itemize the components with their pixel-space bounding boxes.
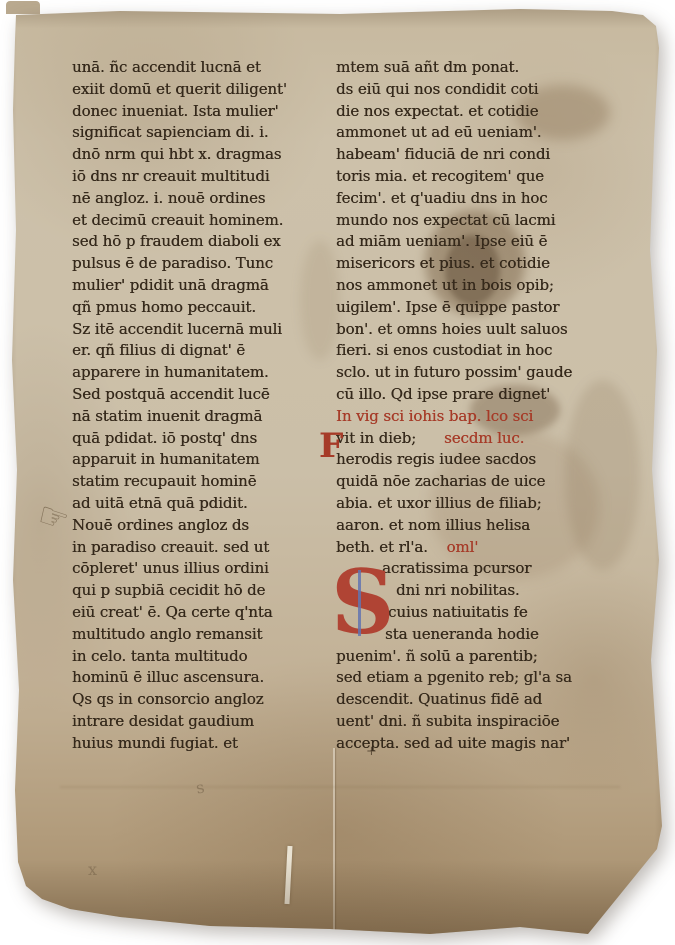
body-text: eiū creat' ē. Qa certe q'nta xyxy=(72,603,273,621)
body-text: ds eiū qui nos condidit coti xyxy=(336,80,538,98)
body-text: cōpleret' unus illius ordini xyxy=(72,559,269,577)
text-line: multitudo anglo remansit xyxy=(72,624,328,646)
text-line: huius mundi fugiat. et xyxy=(72,733,328,755)
body-text: herodis regis iudee sacdos xyxy=(336,450,536,468)
text-line: ds eiū qui nos condidit coti xyxy=(336,79,602,101)
body-text: significat sapienciam di. i. xyxy=(72,123,268,141)
text-line: cōpleret' unus illius ordini xyxy=(72,558,328,580)
text-line: bon'. et omns hoies uult saluos xyxy=(336,319,602,341)
body-text: nā statim inuenit dragmā xyxy=(72,407,262,425)
body-text: vit in dieb; xyxy=(336,429,444,447)
text-line: Sed postquā accendit lucē xyxy=(72,384,328,406)
body-text: misericors et pius. et cotidie xyxy=(336,254,550,272)
manicule-icon: ☞ xyxy=(33,494,74,541)
text-line: ad uitā etnā quā pdidit. xyxy=(72,493,328,515)
body-text: pulsus ē de paradiso. Tunc xyxy=(72,254,273,272)
text-line: abia. et uxor illius de filiab; xyxy=(336,493,602,515)
text-line: hominū ē illuc ascensura. xyxy=(72,667,328,689)
text-column-left: unā. ñc accendit lucnā etexiit domū et q… xyxy=(72,57,328,755)
body-text: apparere in humanitatem. xyxy=(72,363,269,381)
text-line: fecim'. et q'uadiu dns in hoc xyxy=(336,188,602,210)
text-line: qñ pmus homo peccauit. xyxy=(72,297,328,319)
body-text: in paradiso creauit. sed ut xyxy=(72,538,269,556)
body-text: iō dns nr creauit multitudi xyxy=(72,167,269,185)
text-line: in paradiso creauit. sed ut xyxy=(72,537,328,559)
body-text: sta ueneranda hodie xyxy=(385,625,539,643)
initial-blue-stripe xyxy=(358,570,361,636)
text-line: statim recupauit hominē xyxy=(72,471,328,493)
body-text: sed etiam a pgenito reb; gl'a sa xyxy=(336,668,572,686)
text-line: quidā nōe zacharias de uice xyxy=(336,471,602,493)
body-text: die nos expectat. et cotidie xyxy=(336,102,538,120)
parchment-tear xyxy=(284,846,292,904)
body-text: qñ pmus homo peccauit. xyxy=(72,298,256,316)
body-text: donec inueniat. Ista mulier' xyxy=(72,102,279,120)
text-line: ad miām ueniam'. Ipse eiū ē xyxy=(336,231,602,253)
text-line: Sz itē accendit lucernā muli xyxy=(72,319,328,341)
text-line: misericors et pius. et cotidie xyxy=(336,253,602,275)
body-text: fecim'. et q'uadiu dns in hoc xyxy=(336,189,548,207)
text-line: donec inueniat. Ista mulier' xyxy=(72,101,328,123)
body-text: nē angloz. i. nouē ordines xyxy=(72,189,265,207)
crease xyxy=(60,786,620,788)
text-line: er. qñ filius di dignat' ē xyxy=(72,340,328,362)
body-text: Sed postquā accendit lucē xyxy=(72,385,270,403)
body-text: habeam' fiduciā de nri condi xyxy=(336,145,550,163)
body-text: abia. et uxor illius de filiab; xyxy=(336,494,542,512)
text-line: herodis regis iudee sacdos xyxy=(336,449,602,471)
text-line: sed etiam a pgenito reb; gl'a sa xyxy=(336,667,602,689)
body-text: toris mia. et recogitem' que xyxy=(336,167,544,185)
body-text: uent' dni. ñ subita inspiraciōe xyxy=(336,712,559,730)
body-text: exiit domū et querit diligent' xyxy=(72,80,287,98)
text-line: cū illo. Qd ipse prare dignet' xyxy=(336,384,602,406)
body-text: bon'. et omns hoies uult saluos xyxy=(336,320,567,338)
text-line: qui p supbiā cecidit hō de xyxy=(72,580,328,602)
text-line: apparere in humanitatem. xyxy=(72,362,328,384)
body-text: mtem suā añt dm ponat. xyxy=(336,58,519,76)
text-line: ammonet ut ad eū ueniam'. xyxy=(336,122,602,144)
body-text: quā pdidat. iō postq' dns xyxy=(72,429,257,447)
body-text: quidā nōe zacharias de uice xyxy=(336,472,545,490)
body-text: ad uitā etnā quā pdidit. xyxy=(72,494,248,512)
body-text: cuius natiuitatis fe xyxy=(388,603,528,621)
text-line: uigilem'. Ipse ē quippe pastor xyxy=(336,297,602,319)
body-text: uigilem'. Ipse ē quippe pastor xyxy=(336,298,559,316)
text-line: exiit domū et querit diligent' xyxy=(72,79,328,101)
text-line: habeam' fiduciā de nri condi xyxy=(336,144,602,166)
body-text: sed hō p fraudem diaboli ex xyxy=(72,232,281,250)
text-line: dnō nrm qui hbt x. dragmas xyxy=(72,144,328,166)
crease xyxy=(333,748,335,936)
body-text: mundo nos expectat cū lacmi xyxy=(336,211,555,229)
text-line: uent' dni. ñ subita inspiraciōe xyxy=(336,711,602,733)
text-line: in celo. tanta multitudo xyxy=(72,646,328,668)
text-line: nā statim inuenit dragmā xyxy=(72,406,328,428)
text-line: descendit. Quatinus fidē ad xyxy=(336,689,602,711)
text-line: toris mia. et recogitem' que xyxy=(336,166,602,188)
text-line: sed hō p fraudem diaboli ex xyxy=(72,231,328,253)
body-text: ad miām ueniam'. Ipse eiū ē xyxy=(336,232,547,250)
text-line: nē angloz. i. nouē ordines xyxy=(72,188,328,210)
body-text: huius mundi fugiat. et xyxy=(72,734,238,752)
body-text: statim recupauit hominē xyxy=(72,472,256,490)
text-line: Qs qs in consorcio angloz xyxy=(72,689,328,711)
text-line: apparuit in humanitatem xyxy=(72,449,328,471)
text-line: mulier' pdidit unā dragmā xyxy=(72,275,328,297)
body-text: qui p supbiā cecidit hō de xyxy=(72,581,265,599)
text-line: iō dns nr creauit multitudi xyxy=(72,166,328,188)
text-line: sclo. ut in futuro possim' gaude xyxy=(336,362,602,384)
body-text: descendit. Quatinus fidē ad xyxy=(336,690,542,708)
body-text: sclo. ut in futuro possim' gaude xyxy=(336,363,572,381)
text-line: mundo nos expectat cū lacmi xyxy=(336,210,602,232)
text-line: significat sapienciam di. i. xyxy=(72,122,328,144)
body-text: multitudo anglo remansit xyxy=(72,625,262,643)
body-text: nos ammonet ut in bois opib; xyxy=(336,276,554,294)
body-text: et decimū creauit hominem. xyxy=(72,211,283,229)
text-line: pulsus ē de paradiso. Tunc xyxy=(72,253,328,275)
margin-mark: s xyxy=(194,777,206,797)
text-line: unā. ñc accendit lucnā et xyxy=(72,57,328,79)
body-text: acratissima pcursor xyxy=(382,559,531,577)
body-text: apparuit in humanitatem xyxy=(72,450,260,468)
body-text: er. qñ filius di dignat' ē xyxy=(72,341,245,359)
text-line: vit in dieb; secdm luc. xyxy=(336,428,602,450)
parchment-page: unā. ñc accendit lucnā etexiit domū et q… xyxy=(0,0,675,945)
initial-s-letter: S xyxy=(331,550,395,654)
rubric-text: secdm luc. xyxy=(444,429,524,447)
illuminated-initial-s: S xyxy=(331,556,389,648)
cross-mark: + xyxy=(366,744,377,759)
margin-mark: x xyxy=(88,860,97,879)
photo-background: unā. ñc accendit lucnā etexiit domū et q… xyxy=(0,0,675,945)
body-text: Sz itē accendit lucernā muli xyxy=(72,320,282,338)
parchment-shadow: unā. ñc accendit lucnā etexiit domū et q… xyxy=(0,0,675,945)
text-line: intrare desidat gaudium xyxy=(72,711,328,733)
text-line: die nos expectat. et cotidie xyxy=(336,101,602,123)
body-text: intrare desidat gaudium xyxy=(72,712,254,730)
text-line: eiū creat' ē. Qa certe q'nta xyxy=(72,602,328,624)
body-text: Nouē ordines angloz ds xyxy=(72,516,249,534)
text-line: quā pdidat. iō postq' dns xyxy=(72,428,328,450)
body-text: unā. ñc accendit lucnā et xyxy=(72,58,261,76)
rubric-initial-f: F xyxy=(319,426,343,466)
rubric-text: oml' xyxy=(446,538,478,556)
body-text: ammonet ut ad eū ueniam'. xyxy=(336,123,541,141)
text-line: aaron. et nom illius helisa xyxy=(336,515,602,537)
rubric-text: In vig sci iohis bap. lco sci xyxy=(336,407,533,425)
body-text: in celo. tanta multitudo xyxy=(72,647,247,665)
text-line: nos ammonet ut in bois opib; xyxy=(336,275,602,297)
body-text: cū illo. Qd ipse prare dignet' xyxy=(336,385,550,403)
text-line: fieri. si enos custodiat in hoc xyxy=(336,340,602,362)
text-line: In vig sci iohis bap. lco sci xyxy=(336,406,602,428)
body-text: fieri. si enos custodiat in hoc xyxy=(336,341,552,359)
text-line: mtem suā añt dm ponat. xyxy=(336,57,602,79)
body-text: aaron. et nom illius helisa xyxy=(336,516,530,534)
text-line: Nouē ordines angloz ds xyxy=(72,515,328,537)
text-line: et decimū creauit hominem. xyxy=(72,210,328,232)
body-text: dnō nrm qui hbt x. dragmas xyxy=(72,145,281,163)
body-text: hominū ē illuc ascensura. xyxy=(72,668,264,686)
body-text: mulier' pdidit unā dragmā xyxy=(72,276,269,294)
body-text: Qs qs in consorcio angloz xyxy=(72,690,263,708)
body-text: dni nri nobilitas. xyxy=(396,581,520,599)
